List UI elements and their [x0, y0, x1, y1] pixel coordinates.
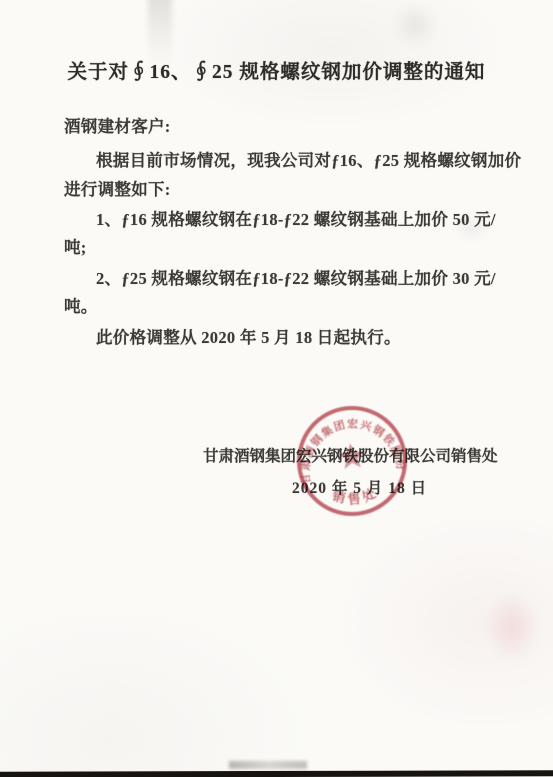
- price-item-1-line-1: 1、ƒ16 规格螺纹钢在ƒ18-ƒ22 螺纹钢基础上加价 50 元/: [96, 206, 496, 230]
- scan-artifact-streak: [383, 0, 446, 57]
- company-seal-stamp-icon: 甘肃酒钢集团宏兴钢铁股份有限公司 销售处: [275, 384, 429, 538]
- body-intro-line-2: 进行调整如下:: [64, 176, 171, 200]
- scan-artifact-smudge: [486, 592, 538, 662]
- body-intro-line-1: 根据目前市场情况，现我公司对ƒ16、ƒ25 规格螺纹钢加价: [96, 147, 521, 171]
- seal-bottom-text: 销售处: [329, 483, 382, 509]
- scan-artifact-smudge: [229, 761, 307, 769]
- price-item-2-line-1: 2、ƒ25 规格螺纹钢在ƒ18-ƒ22 螺纹钢基础上加价 30 元/: [96, 265, 496, 289]
- salutation-line: 酒钢建材客户:: [64, 113, 171, 137]
- scanned-notice-page: 关于对∮16、∮25 规格螺纹钢加价调整的通知 酒钢建材客户: 根据目前市场情况…: [0, 0, 553, 777]
- seal-ring-text: 甘肃酒钢集团宏兴钢铁股份有限公司: [275, 384, 409, 487]
- photo-edge-bar: [0, 770, 553, 777]
- star-icon: [337, 442, 366, 470]
- price-item-2-line-2: 吨。: [64, 293, 98, 317]
- notice-title: 关于对∮16、∮25 规格螺纹钢加价调整的通知: [0, 56, 553, 84]
- effective-date-line: 此价格调整从 2020 年 5 月 18 日起执行。: [96, 324, 401, 348]
- price-item-1-line-2: 吨;: [64, 234, 87, 258]
